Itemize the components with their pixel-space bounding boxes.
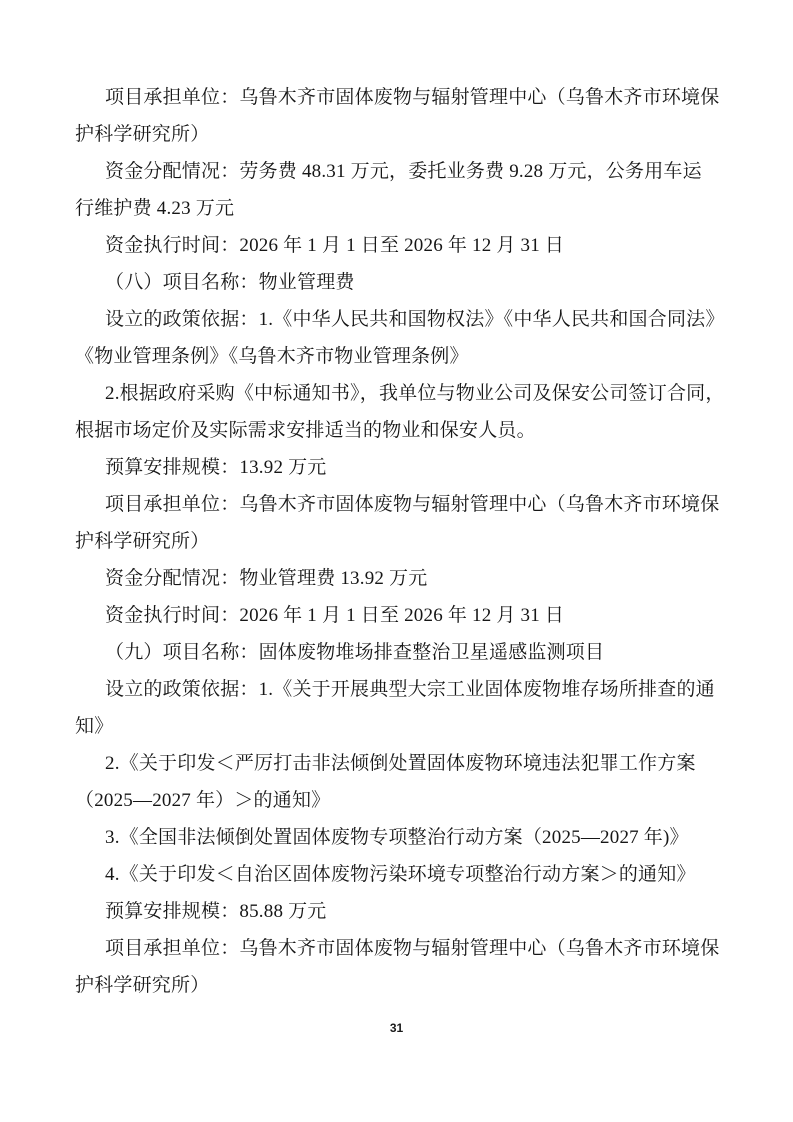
- text-line: 护科学研究所）: [75, 523, 708, 560]
- document-body: 项目承担单位：乌鲁木齐市固体废物与辐射管理中心（乌鲁木齐市环境保护科学研究所）资…: [75, 79, 708, 1004]
- text-line: 资金分配情况：物业管理费 13.92 万元: [75, 560, 708, 597]
- text-line: （八）项目名称：物业管理费: [75, 264, 708, 301]
- text-line: （九）项目名称：固体废物堆场排查整治卫星遥感监测项目: [75, 634, 708, 671]
- text-line: 资金执行时间：2026 年 1 月 1 日至 2026 年 12 月 31 日: [75, 227, 708, 264]
- text-line: 资金执行时间：2026 年 1 月 1 日至 2026 年 12 月 31 日: [75, 597, 708, 634]
- text-line: 行维护费 4.23 万元: [75, 190, 708, 227]
- text-line: 根据市场定价及实际需求安排适当的物业和保安人员。: [75, 412, 708, 449]
- page-number: 31: [0, 1021, 793, 1035]
- text-line: 项目承担单位：乌鲁木齐市固体废物与辐射管理中心（乌鲁木齐市环境保: [75, 79, 708, 116]
- text-line: 4.《关于印发＜自治区固体废物污染环境专项整治行动方案＞的通知》: [75, 856, 708, 893]
- text-line: 预算安排规模：13.92 万元: [75, 449, 708, 486]
- text-line: （2025—2027 年）＞的通知》: [75, 782, 708, 819]
- document-page: 项目承担单位：乌鲁木齐市固体废物与辐射管理中心（乌鲁木齐市环境保护科学研究所）资…: [0, 0, 793, 1122]
- text-line: 项目承担单位：乌鲁木齐市固体废物与辐射管理中心（乌鲁木齐市环境保: [75, 486, 708, 523]
- text-line: 项目承担单位：乌鲁木齐市固体废物与辐射管理中心（乌鲁木齐市环境保: [75, 930, 708, 967]
- text-line: 2.根据政府采购《中标通知书》，我单位与物业公司及保安公司签订合同，: [75, 375, 708, 412]
- text-line: 设立的政策依据：1.《中华人民共和国物权法》《中华人民共和国合同法》: [75, 301, 708, 338]
- text-line: 2.《关于印发＜严厉打击非法倾倒处置固体废物环境违法犯罪工作方案: [75, 745, 708, 782]
- text-line: 预算安排规模：85.88 万元: [75, 893, 708, 930]
- text-line: 护科学研究所）: [75, 116, 708, 153]
- text-line: 资金分配情况：劳务费 48.31 万元，委托业务费 9.28 万元，公务用车运: [75, 153, 708, 190]
- text-line: 设立的政策依据：1.《关于开展典型大宗工业固体废物堆存场所排查的通: [75, 671, 708, 708]
- text-line: 《物业管理条例》《乌鲁木齐市物业管理条例》: [75, 338, 708, 375]
- text-line: 3.《全国非法倾倒处置固体废物专项整治行动方案（2025—2027 年)》: [75, 819, 708, 856]
- text-line: 护科学研究所）: [75, 967, 708, 1004]
- text-line: 知》: [75, 708, 708, 745]
